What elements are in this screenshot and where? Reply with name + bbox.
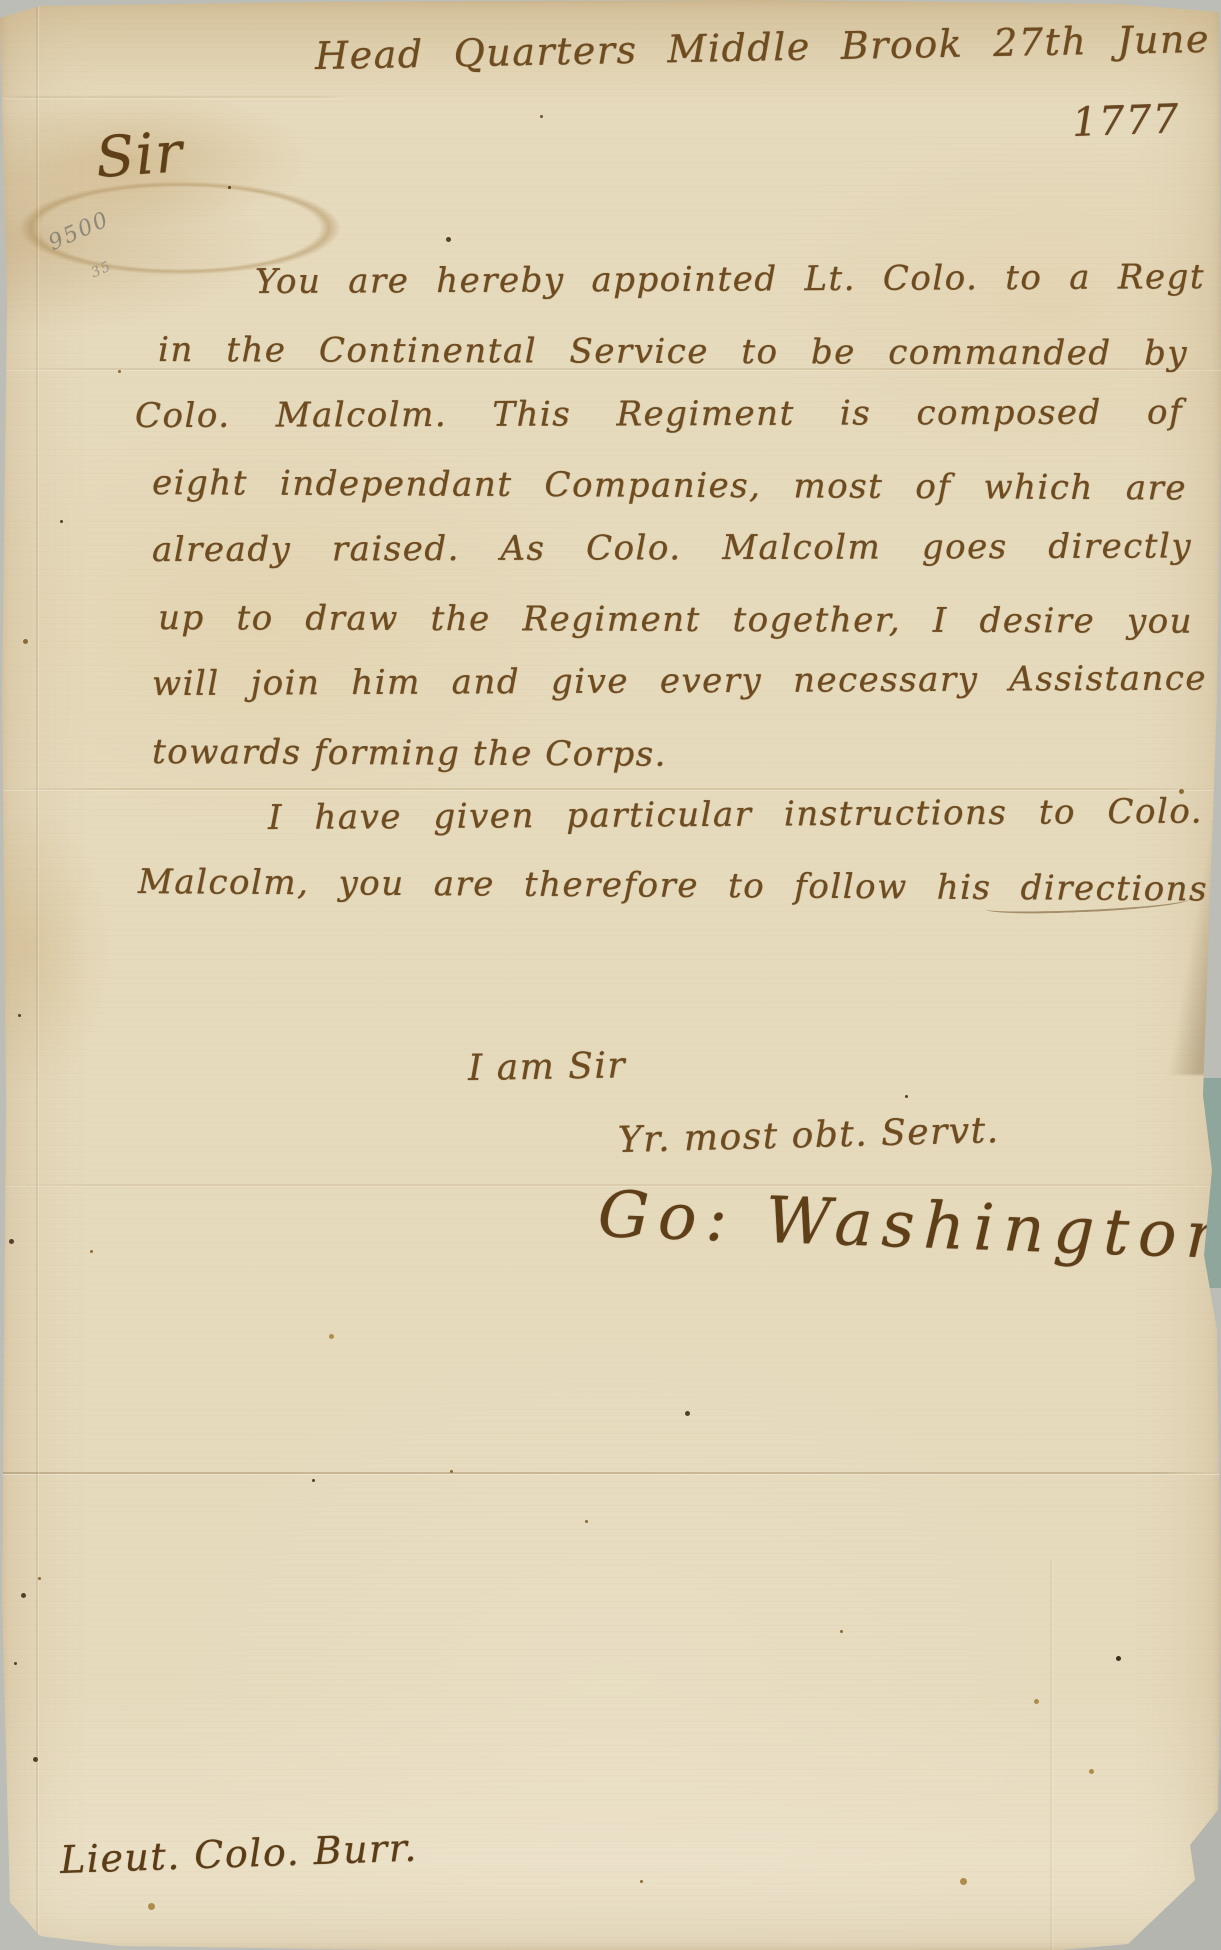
dateline-year: 1777 <box>1071 96 1180 146</box>
letter-line: I have given particular instructions to … <box>268 791 1203 838</box>
letter-page: Head Quarters Middle Brook 27th June 177… <box>0 0 1221 1950</box>
fold-crease <box>0 1472 1221 1474</box>
dateline: Head Quarters Middle Brook 27th June <box>315 17 1211 78</box>
fold-crease <box>0 788 1221 790</box>
closing-line: Yr. most obt. Servt. <box>617 1110 1000 1161</box>
letter-line: up to draw the Regiment together, I desi… <box>158 598 1193 642</box>
closing-line: I am Sir <box>468 1045 627 1089</box>
signature-g-washington: Go: Washington <box>597 1178 1221 1274</box>
salutation: Sir <box>94 120 186 191</box>
fold-crease-vertical <box>36 0 38 1950</box>
photo-backdrop: Head Quarters Middle Brook 27th June 177… <box>0 0 1221 1950</box>
fold-crease-vertical <box>1050 1560 1052 1950</box>
letter-line: Colo. Malcolm. This Regiment is composed… <box>135 392 1183 436</box>
letter-line: already raised. As Colo. Malcolm goes di… <box>152 526 1192 570</box>
letter-line: towards forming the Corps. <box>152 732 667 775</box>
fold-crease <box>0 96 345 98</box>
letter-line: will join him and give every necessary A… <box>152 658 1207 704</box>
recipient-docket: Lieut. Colo. Burr. <box>59 1826 418 1882</box>
pencil-catalog-note: 9500 <box>45 207 114 256</box>
letter-line: in the Continental Service to be command… <box>158 330 1188 374</box>
pencil-catalog-note-sub: 35 <box>89 258 115 281</box>
foxing-specks <box>0 0 3 3</box>
letter-line: eight independant Companies, most of whi… <box>152 463 1187 508</box>
letter-line: You are hereby appointed Lt. Colo. to a … <box>255 257 1205 302</box>
